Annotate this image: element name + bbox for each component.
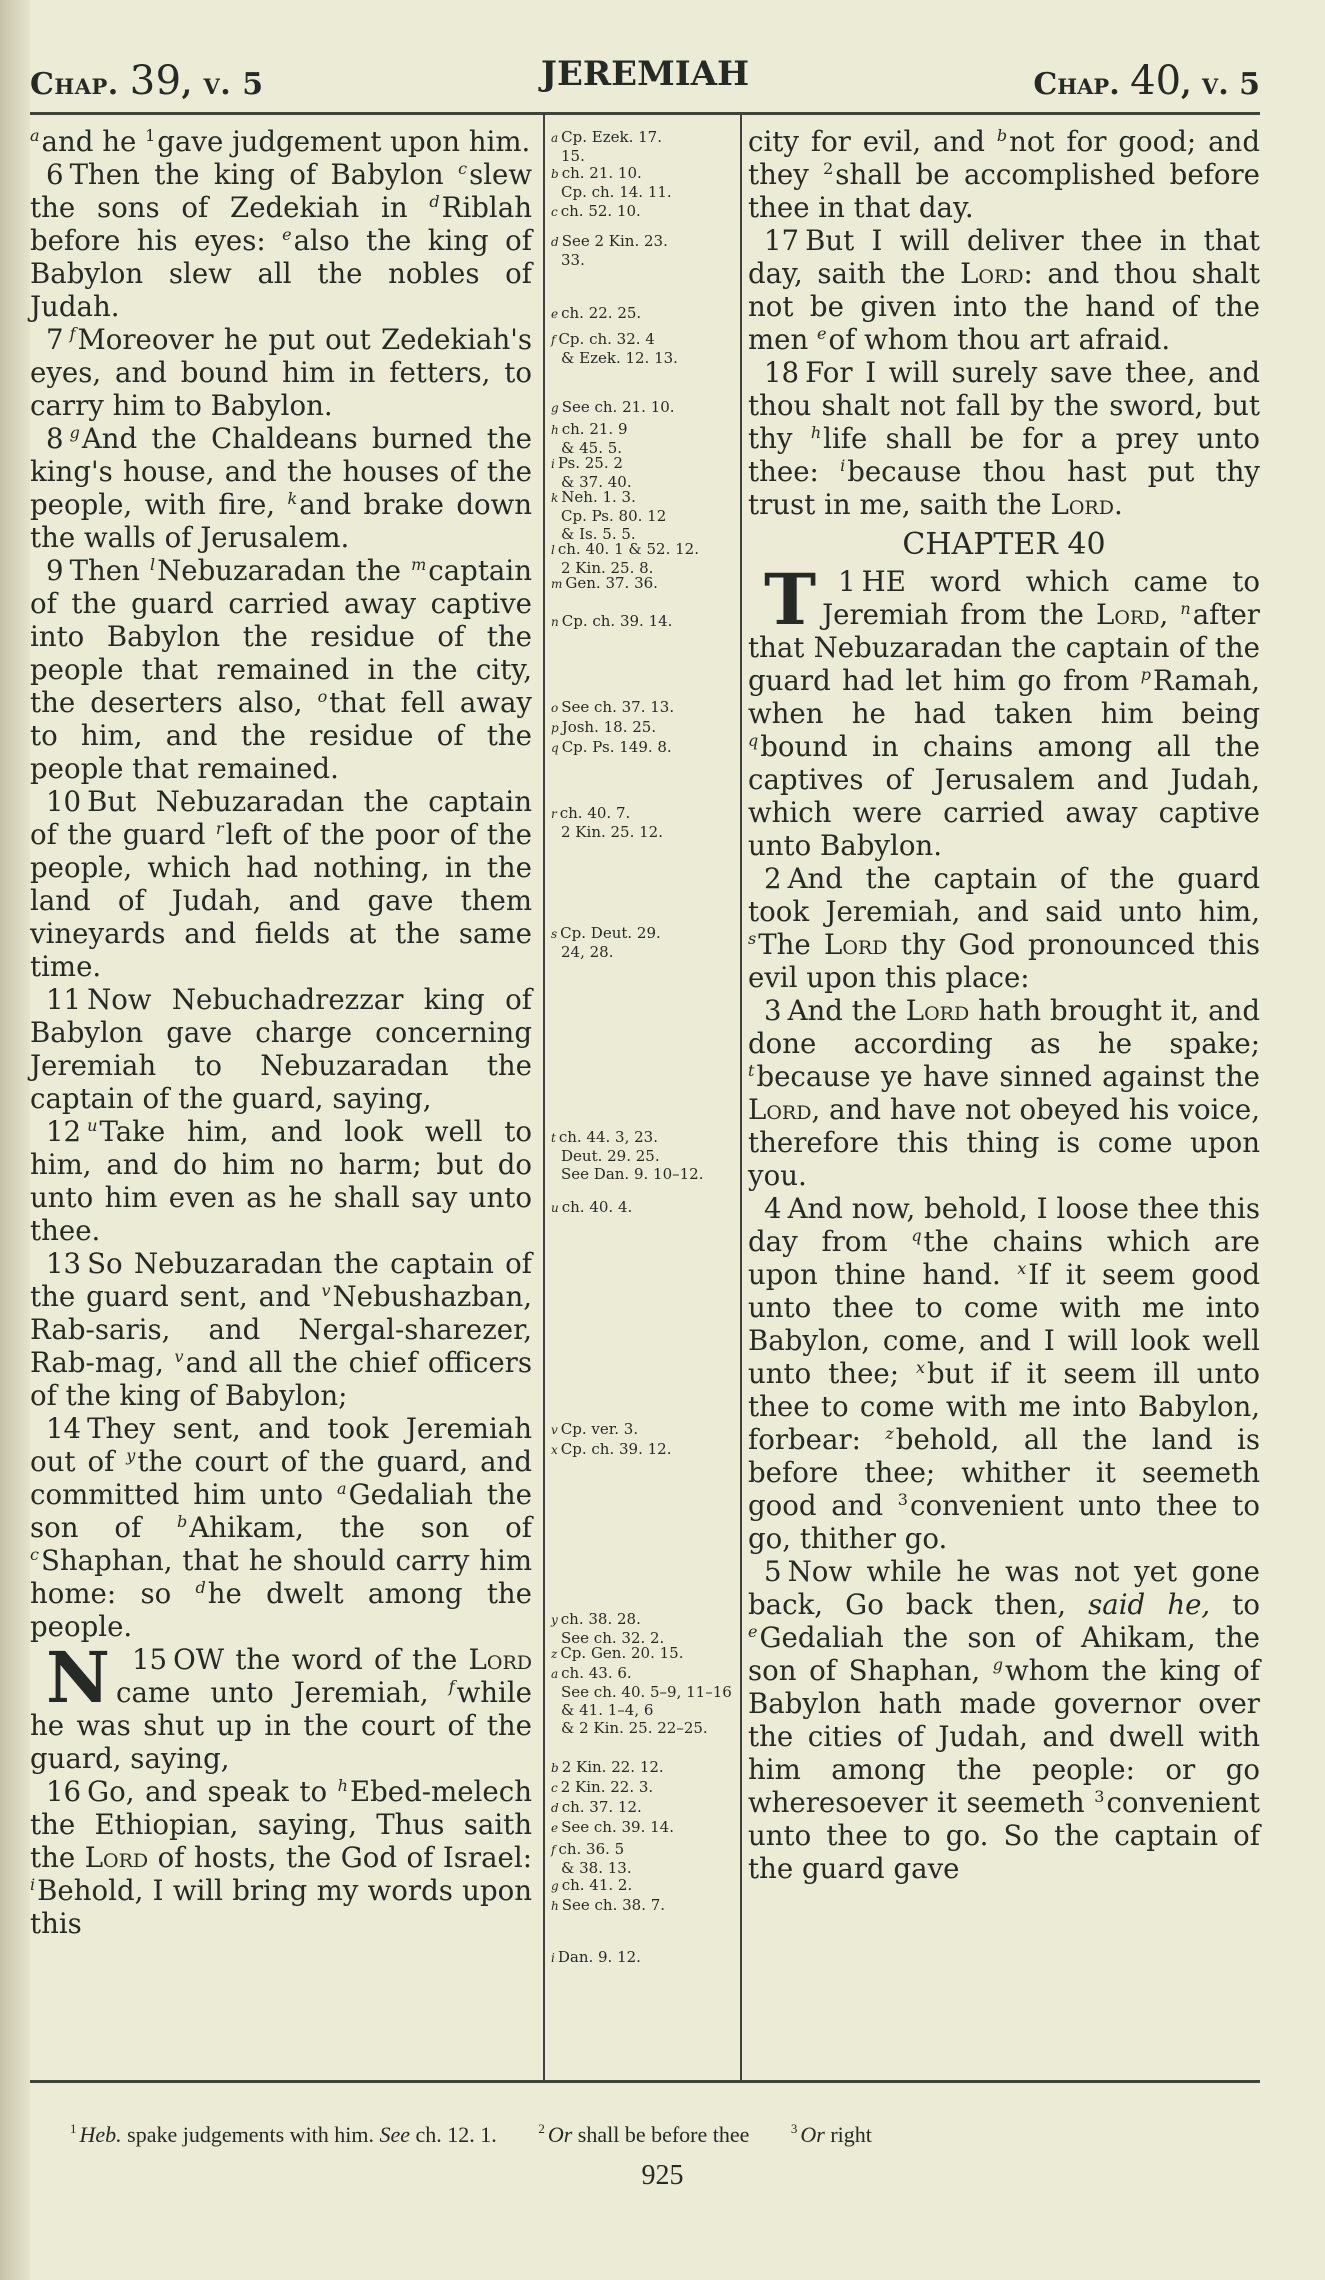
- reference-mark: y: [551, 1613, 558, 1627]
- verse-40-1: 1THE word which came to Jeremiah from th…: [748, 565, 1260, 862]
- reference-mark: a: [551, 131, 558, 145]
- verse-40-4: 4And now, behold, I loose thee this day …: [748, 1192, 1260, 1555]
- cross-reference: uch. 40. 4.: [551, 1198, 733, 1217]
- reference-mark: e: [551, 307, 558, 321]
- running-head: Chap. 39, v. 5 JEREMIAH Chap. 40, v. 5: [30, 50, 1260, 100]
- footnote-3: 3Or right: [791, 2122, 872, 2147]
- cross-reference: zCp. Gen. 20. 15.: [551, 1644, 733, 1663]
- reference-mark: h: [551, 423, 559, 437]
- cross-reference: oSee ch. 37. 13.: [551, 698, 733, 717]
- cross-reference: dSee 2 Kin. 23.33.: [551, 232, 733, 269]
- reference-mark: o: [551, 701, 558, 715]
- cross-reference: kNeh. 1. 3.Cp. Ps. 80. 12& Is. 5. 5.: [551, 488, 733, 543]
- page-binding-shadow: [0, 0, 30, 2280]
- verse-39-7: 7fMoreover he put out Zedekiah's eyes, a…: [30, 323, 532, 422]
- cross-reference: mGen. 37. 36.: [551, 574, 733, 593]
- reference-mark: v: [551, 1423, 558, 1437]
- cross-reference: iPs. 25. 2& 37. 40.: [551, 454, 733, 491]
- reference-mark: n: [551, 615, 559, 629]
- cross-reference: bch. 21. 10.Cp. ch. 14. 11.: [551, 164, 733, 201]
- reference-mark: f: [551, 1843, 555, 1857]
- cross-reference: vCp. ver. 3.: [551, 1420, 733, 1439]
- verse-39-16: 16Go, and speak to hEbed-melech the Ethi…: [30, 1775, 532, 1940]
- verse-40-3: 3And the Lord hath brought it, and done …: [748, 994, 1260, 1192]
- cross-reference: rch. 40. 7.2 Kin. 25. 12.: [551, 804, 733, 841]
- reference-mark: e: [551, 1821, 558, 1835]
- reference-mark: i: [551, 1951, 555, 1965]
- right-text-column: city for evil, and bnot for good; and th…: [748, 125, 1260, 1885]
- reference-mark: s: [551, 927, 557, 941]
- verse-39-18: 18For I will surely save thee, and thou …: [748, 356, 1260, 521]
- cross-reference: ych. 38. 28.See ch. 32. 2.: [551, 1610, 733, 1647]
- reference-mark: i: [551, 457, 555, 471]
- cross-reference: sCp. Deut. 29.24, 28.: [551, 924, 733, 961]
- reference-mark: a: [551, 1667, 558, 1681]
- cross-reference: ech. 22. 25.: [551, 304, 733, 323]
- column-divider-left: [543, 115, 545, 2080]
- footnote-2: 2Or shall be before thee: [538, 2122, 749, 2147]
- verse-39-9: 9Then lNebuzaradan the mcaptain of the g…: [30, 554, 532, 785]
- verse-39-16-continued: city for evil, and bnot for good; and th…: [748, 125, 1260, 224]
- reference-mark: m: [551, 577, 562, 591]
- drop-cap: T: [748, 569, 816, 631]
- cross-reference: hch. 21. 9& 45. 5.: [551, 420, 733, 457]
- verse-40-5: 5Now while he was not yet gone back, Go …: [748, 1555, 1260, 1885]
- header-rule: [30, 112, 1260, 115]
- reference-mark: b: [551, 1761, 559, 1775]
- reference-mark: b: [551, 167, 559, 181]
- cross-reference: fCp. ch. 32. 4& Ezek. 12. 13.: [551, 330, 733, 367]
- cross-reference: dch. 37. 12.: [551, 1798, 733, 1817]
- reference-mark: h: [551, 1899, 559, 1913]
- verse-39-13: 13So Nebuzaradan the captain of the guar…: [30, 1247, 532, 1412]
- reference-mark: z: [551, 1647, 557, 1661]
- reference-mark: x: [551, 1443, 558, 1457]
- cross-reference: fch. 36. 5& 38. 13.: [551, 1840, 733, 1877]
- cross-reference: b2 Kin. 22. 12.: [551, 1758, 733, 1777]
- verse-39-12: 12uTake him, and look well to him, and d…: [30, 1115, 532, 1247]
- footnote-1: 1Heb. spake judgements with him. See ch.…: [70, 2122, 497, 2147]
- cross-reference: aCp. Ezek. 17.15.: [551, 128, 733, 165]
- cross-reference: ach. 43. 6.See ch. 40. 5–9, 11–16& 41. 1…: [551, 1664, 733, 1737]
- cross-reference: xCp. ch. 39. 12.: [551, 1440, 733, 1459]
- verse-39-11: 11Now Nebuchadrezzar king of Babylon gav…: [30, 983, 532, 1115]
- page-number: 925: [0, 2160, 1325, 2192]
- cross-reference: tch. 44. 3, 23.Deut. 29. 25.See Dan. 9. …: [551, 1128, 733, 1183]
- reference-mark: p: [551, 721, 559, 735]
- reference-mark: q: [551, 741, 559, 755]
- verse-39-17: 17But I will deliver thee in that day, s…: [748, 224, 1260, 356]
- footnote-rule: [30, 2080, 1260, 2083]
- footnotes: 1Heb. spake judgements with him. See ch.…: [70, 2122, 1260, 2148]
- cross-reference: c2 Kin. 22. 3.: [551, 1778, 733, 1797]
- reference-mark: k: [551, 491, 558, 505]
- verse-39-10: 10But Nebuzaradan the captain of the gua…: [30, 785, 532, 983]
- cross-reference: eSee ch. 39. 14.: [551, 1818, 733, 1837]
- column-divider-right: [740, 115, 742, 2080]
- cross-reference: gch. 41. 2.: [551, 1876, 733, 1895]
- reference-mark: d: [551, 235, 559, 249]
- cross-reference: lch. 40. 1 & 52. 12.2 Kin. 25. 8.: [551, 540, 733, 577]
- verse-39-6: 6Then the king of Babylon cslew the sons…: [30, 158, 532, 323]
- reference-mark: r: [551, 807, 557, 821]
- reference-mark: u: [551, 1201, 559, 1215]
- reference-mark: g: [551, 401, 559, 415]
- verse-40-2: 2And the captain of the guard took Jerem…: [748, 862, 1260, 994]
- cross-reference: iDan. 9. 12.: [551, 1948, 733, 1967]
- cross-reference: pJosh. 18. 25.: [551, 718, 733, 737]
- chapter-heading: CHAPTER 40: [748, 525, 1260, 565]
- cross-reference: nCp. ch. 39. 14.: [551, 612, 733, 631]
- cross-reference: hSee ch. 38. 7.: [551, 1896, 733, 1915]
- cross-reference: cch. 52. 10.: [551, 202, 733, 221]
- drop-cap: N: [30, 1647, 110, 1709]
- running-head-right: Chap. 40, v. 5: [1033, 58, 1260, 104]
- reference-mark: f: [551, 333, 555, 347]
- left-text-column: aand he 1gave judgement upon him. 6Then …: [30, 125, 532, 1940]
- verse-39-8: 8gAnd the Chaldeans burned the king's ho…: [30, 422, 532, 554]
- cross-reference: gSee ch. 21. 10.: [551, 398, 733, 417]
- reference-mark: l: [551, 543, 555, 557]
- verse-39-5-continued: aand he 1gave judgement upon him.: [30, 125, 532, 158]
- reference-mark: d: [551, 1801, 559, 1815]
- reference-mark: c: [551, 205, 558, 219]
- verse-39-14: 14They sent, and took Jeremiah out of yt…: [30, 1412, 532, 1643]
- verse-39-15: 15NOW the word of the Lord came unto Jer…: [30, 1643, 532, 1775]
- cross-reference: qCp. Ps. 149. 8.: [551, 738, 733, 757]
- reference-mark: c: [551, 1781, 558, 1795]
- reference-mark: g: [551, 1879, 559, 1893]
- reference-mark: t: [551, 1131, 556, 1145]
